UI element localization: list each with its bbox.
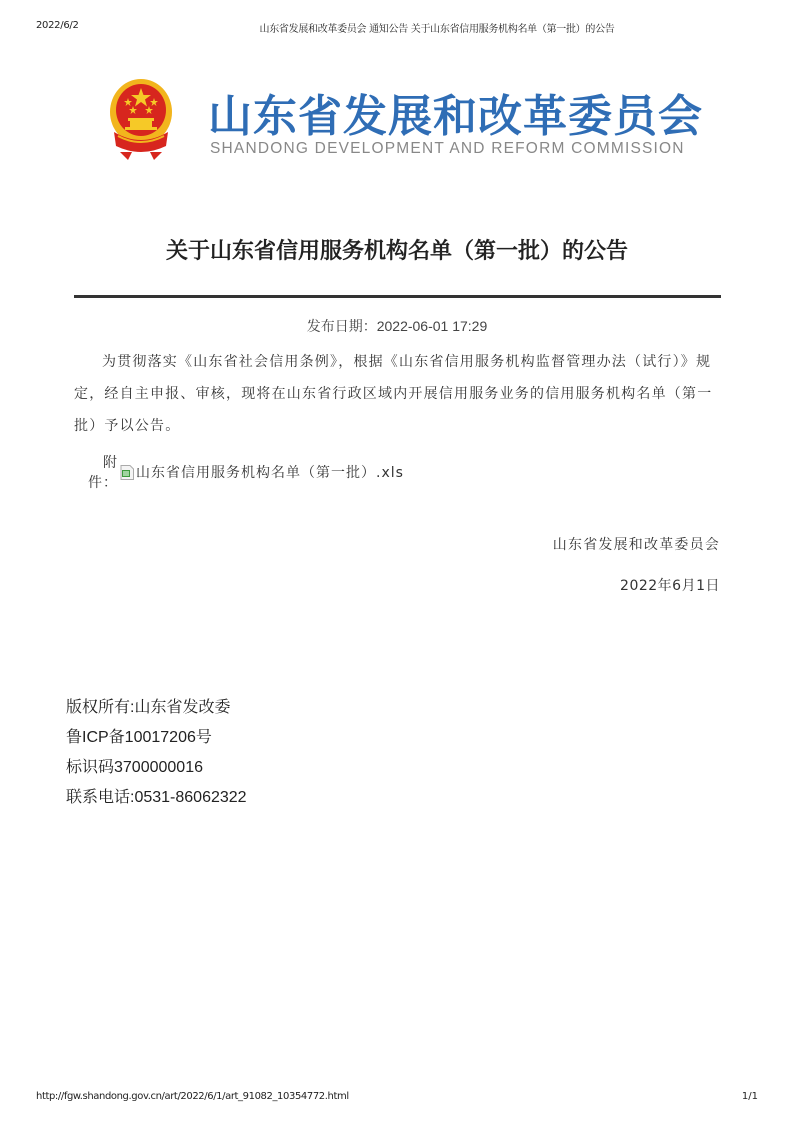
site-footer: 版权所有:山东省发改委 鲁ICP备10017206号 标识码3700000016… [66, 693, 247, 813]
footer-copyright: 版权所有:山东省发改委 [66, 693, 247, 723]
footer-icp[interactable]: 鲁ICP备10017206号 [66, 723, 247, 753]
article-title: 关于山东省信用服务机构名单（第一批）的公告 [0, 234, 794, 265]
publish-date: 发布日期：2022-06-01 17:29 [0, 316, 794, 336]
attachment: 附件： 山东省信用服务机构名单（第一批）.xls [74, 452, 404, 492]
signature-org: 山东省发展和改革委员会 [553, 534, 720, 554]
footer-identifier: 标识码3700000016 [66, 753, 247, 783]
logo-title-cn: 山东省发展和改革委员会 [208, 80, 703, 144]
national-emblem-icon [108, 74, 174, 162]
print-header-title: 山东省发展和改革委员会 通知公告 关于山东省信用服务机构名单（第一批）的公告 [0, 20, 794, 35]
xls-file-icon [120, 465, 134, 480]
article-body: 为贯彻落实《山东省社会信用条例》，根据《山东省信用服务机构监督管理办法（试行）》… [74, 346, 722, 442]
title-divider [74, 295, 721, 298]
footer-phone: 联系电话:0531-86062322 [66, 783, 247, 813]
signature-date: 2022年6月1日 [620, 575, 720, 595]
publish-date-value: 2022-06-01 17:29 [377, 318, 488, 334]
publish-label: 发布日期： [307, 318, 377, 334]
logo-title-en: SHANDONG DEVELOPMENT AND REFORM COMMISSI… [210, 140, 685, 158]
print-footer-url: http://fgw.shandong.gov.cn/art/2022/6/1/… [36, 1091, 349, 1102]
attachment-label: 附件： [74, 452, 118, 492]
print-footer-page: 1/1 [742, 1091, 758, 1102]
attachment-link[interactable]: 山东省信用服务机构名单（第一批）.xls [136, 462, 404, 482]
